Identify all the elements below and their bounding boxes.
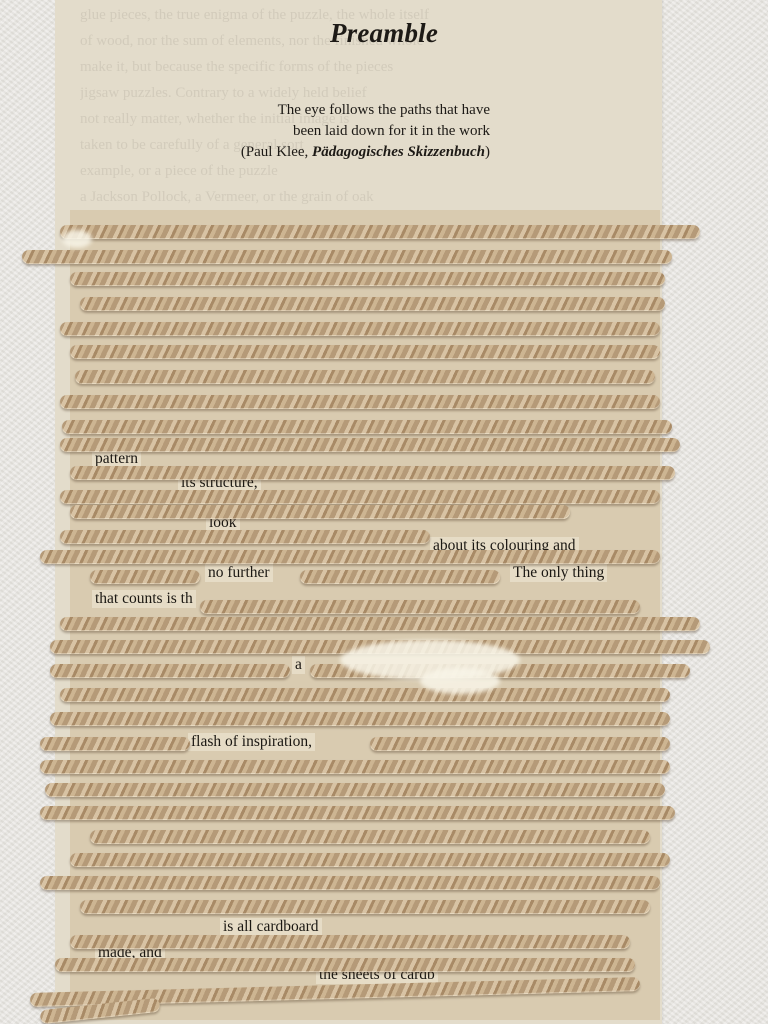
- twine-strand: [370, 737, 670, 751]
- paper-tear: [420, 668, 500, 694]
- twine-strand: [22, 250, 672, 264]
- page-title: Preamble: [0, 18, 768, 49]
- twine-strand: [70, 853, 670, 867]
- twine-strand: [70, 345, 660, 359]
- twine-strand: [60, 688, 670, 702]
- text-fragment: flash of inspiration,: [188, 733, 315, 751]
- twine-strand: [55, 958, 635, 972]
- twine-strand: [40, 806, 675, 820]
- twine-strand: [60, 225, 700, 239]
- epigraph-attribution: (Paul Klee, Pädagogisches Skizzenbuch): [241, 142, 490, 163]
- twine-strand: [60, 530, 430, 544]
- epigraph-line-2: been laid down for it in the work: [241, 121, 490, 142]
- twine-strand: [300, 570, 500, 584]
- show-through-text: example, or a piece of the puzzle: [80, 160, 640, 182]
- twine-strand: [70, 505, 570, 519]
- twine-strand: [75, 370, 655, 384]
- twine-strand: [70, 466, 675, 480]
- twine-strand: [40, 876, 660, 890]
- twine-strand: [45, 783, 665, 797]
- twine-strand: [60, 438, 680, 452]
- twine-strand: [50, 712, 670, 726]
- twine-strand: [40, 550, 660, 564]
- text-fragment: no further: [205, 564, 273, 582]
- show-through-text: a Jackson Pollock, a Vermeer, or the gra…: [80, 186, 640, 208]
- twine-strand: [80, 297, 665, 311]
- text-fragment: The only thing: [510, 564, 607, 582]
- twine-strand: [60, 490, 660, 504]
- twine-strand: [40, 737, 190, 751]
- twine-strand: [90, 570, 200, 584]
- twine-strand: [80, 900, 650, 914]
- show-through-text: make it, but because the specific forms …: [80, 56, 640, 78]
- twine-strand: [60, 617, 700, 631]
- text-fragment: is all cardboard: [220, 918, 322, 936]
- twine-strand: [50, 664, 290, 678]
- epigraph-line-1: The eye follows the paths that have: [241, 100, 490, 121]
- twine-strand: [90, 830, 650, 844]
- twine-strand: [60, 395, 660, 409]
- text-fragment: that counts is th: [92, 590, 196, 608]
- twine-strand: [70, 272, 665, 286]
- twine-strand: [200, 600, 640, 614]
- twine-strand: [62, 420, 672, 434]
- epigraph: The eye follows the paths that have been…: [241, 100, 490, 163]
- paper-tear: [62, 230, 92, 248]
- twine-strand: [70, 935, 630, 949]
- twine-strand: [40, 760, 670, 774]
- twine-strand: [60, 322, 660, 336]
- text-fragment: a: [292, 656, 305, 674]
